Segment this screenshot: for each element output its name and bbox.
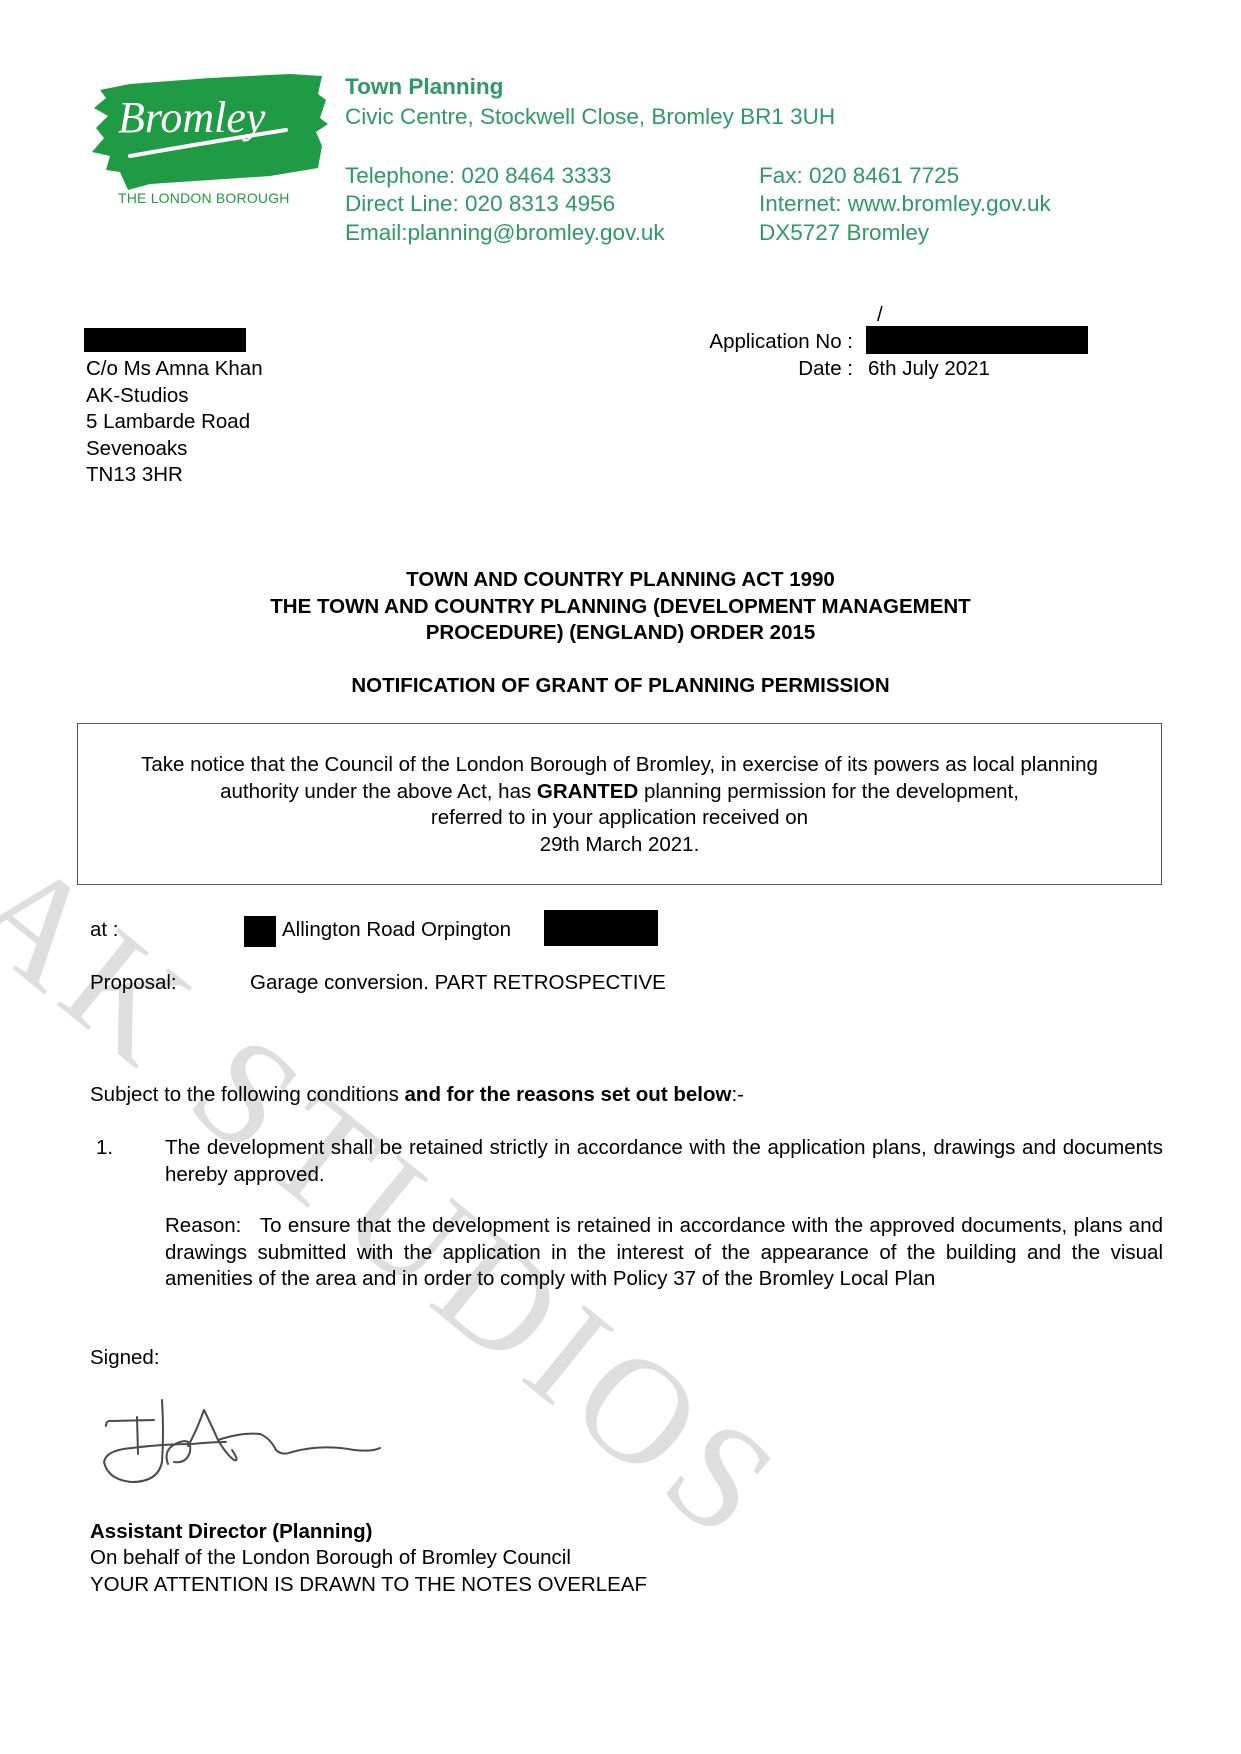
proposal-label: Proposal: [90, 970, 177, 997]
svg-text:Bromley: Bromley [118, 93, 266, 142]
signatory-title: Assistant Director (Planning) [90, 1519, 373, 1546]
contact-email[interactable]: Email:planning@bromley.gov.uk [345, 220, 665, 246]
contact-dx: DX5727 Bromley [759, 220, 929, 246]
notice-line3: referred to in your application received… [77, 805, 1162, 832]
conditions-intro-bold: and for the reasons set out below [405, 1083, 732, 1106]
on-behalf-line: On behalf of the London Borough of Broml… [90, 1545, 571, 1572]
act-title-line: PROCEDURE) (ENGLAND) ORDER 2015 [0, 620, 1241, 647]
logo-brush-icon: Bromley [90, 72, 328, 192]
proposal-value: Garage conversion. PART RETROSPECTIVE [250, 970, 666, 997]
notice-part2: planning permission for the development, [638, 780, 1019, 803]
contact-fax: Fax: 020 8461 7725 [759, 163, 959, 189]
site-at-label: at : [90, 917, 119, 944]
house-number-redaction [244, 916, 276, 947]
act-title-line: TOWN AND COUNTRY PLANNING ACT 1990 [0, 567, 1241, 594]
notice-text: Take notice that the Council of the Lond… [77, 752, 1162, 858]
notice-granted: GRANTED [537, 780, 638, 803]
department-address: Civic Centre, Stockwell Close, Bromley B… [345, 104, 835, 130]
signature-icon [92, 1392, 382, 1487]
notification-heading: NOTIFICATION OF GRANT OF PLANNING PERMIS… [0, 673, 1241, 700]
condition-text: The development shall be retained strict… [165, 1135, 1163, 1188]
site-address: Allington Road Orpington [282, 917, 511, 944]
recipient-line: Sevenoaks [86, 436, 187, 463]
contact-telephone: Telephone: 020 8464 3333 [345, 163, 612, 189]
act-title-line: THE TOWN AND COUNTRY PLANNING (DEVELOPME… [0, 594, 1241, 621]
reason-label: Reason: [165, 1214, 241, 1237]
condition-number: 1. [96, 1135, 113, 1162]
conditions-intro: Subject to the following conditions and … [90, 1082, 744, 1109]
reference-slash: / [877, 302, 883, 329]
notice-received-date: 29th March 2021. [77, 832, 1162, 859]
date-label: Date : [640, 356, 853, 383]
application-no-label: Application No : [640, 329, 853, 356]
conditions-intro-tail: :- [731, 1083, 744, 1106]
recipient-name-redaction [84, 328, 246, 352]
conditions-intro-plain: Subject to the following conditions [90, 1083, 405, 1106]
notes-overleaf-line: YOUR ATTENTION IS DRAWN TO THE NOTES OVE… [90, 1572, 647, 1599]
contact-internet[interactable]: Internet: www.bromley.gov.uk [759, 191, 1051, 217]
recipient-line: AK-Studios [86, 383, 189, 410]
postcode-redaction [544, 910, 658, 946]
department-name: Town Planning [345, 74, 503, 100]
reason-text: To ensure that the development is retain… [165, 1214, 1163, 1290]
recipient-line: C/o Ms Amna Khan [86, 356, 263, 383]
recipient-line: 5 Lambarde Road [86, 409, 250, 436]
logo-subtitle: THE LONDON BOROUGH [118, 190, 290, 206]
condition-reason: Reason: To ensure that the development i… [165, 1213, 1163, 1293]
signed-label: Signed: [90, 1345, 160, 1372]
contact-direct-line: Direct Line: 020 8313 4956 [345, 191, 615, 217]
date-value: 6th July 2021 [868, 356, 990, 383]
application-no-redaction [866, 326, 1088, 354]
recipient-line: TN13 3HR [86, 462, 183, 489]
